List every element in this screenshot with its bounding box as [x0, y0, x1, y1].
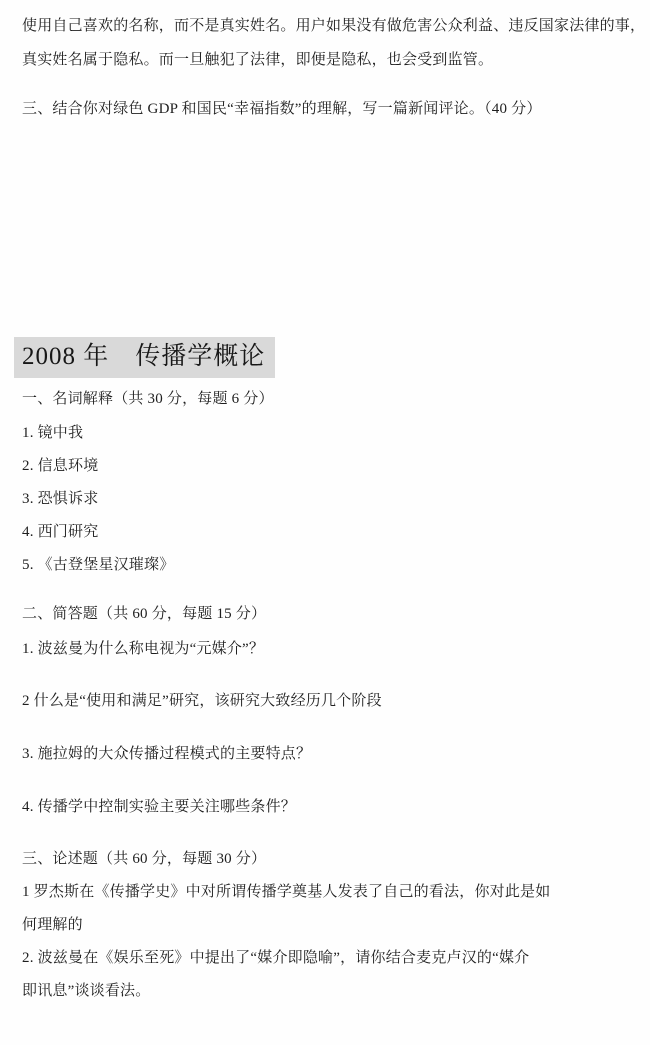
section2-items: 1. 波兹曼为什么称电视为“元媒介”？ 2 什么是“使用和满足”研究，该研究大致…: [22, 632, 636, 824]
question-item: 3. 施拉姆的大众传播过程模式的主要特点？: [22, 737, 636, 771]
exam-title: 2008 年 传播学概论: [14, 337, 275, 378]
question-item: 4. 西门研究: [22, 516, 636, 549]
question-line: 即讯息”谈谈看法。: [22, 975, 636, 1008]
document-content: 使用自己喜欢的名称，而不是真实姓名。用户如果没有做危害公众利益、违反国家法律的事…: [0, 0, 650, 1008]
question-item: 4. 传播学中控制实验主要关注哪些条件？: [22, 790, 636, 824]
section1-heading: 一、名词解释（共 30 分，每题 6 分）: [22, 382, 636, 416]
question-item: 1. 镜中我: [22, 417, 636, 450]
section3-items: 1 罗杰斯在《传播学史》中对所谓传播学奠基人发表了自己的看法，你对此是如 何理解…: [22, 876, 636, 1008]
question-line: 1 罗杰斯在《传播学史》中对所谓传播学奠基人发表了自己的看法，你对此是如: [22, 876, 636, 909]
paragraph-line: 真实姓名属于隐私。而一旦触犯了法律，即便是隐私，也会受到监管。: [22, 43, 636, 77]
question-item: 3. 恐惧诉求: [22, 483, 636, 516]
exam-title-row: 2008 年 传播学概论: [22, 337, 636, 378]
question-item: 5. 《古登堡星汉璀璨》: [22, 549, 636, 582]
prev-exam-essay-question: 三、结合你对绿色 GDP 和国民“幸福指数”的理解，写一篇新闻评论。（40 分）: [22, 92, 636, 126]
question-line: 2. 波兹曼在《娱乐至死》中提出了“媒介即隐喻”，请你结合麦克卢汉的“媒介: [22, 942, 636, 975]
question-item: 2. 波兹曼在《娱乐至死》中提出了“媒介即隐喻”，请你结合麦克卢汉的“媒介 即讯…: [22, 942, 636, 1008]
question-item: 1. 波兹曼为什么称电视为“元媒介”？: [22, 632, 636, 666]
section2-heading: 二、简答题（共 60 分，每题 15 分）: [22, 597, 636, 631]
exam-document-page: 使用自己喜欢的名称，而不是真实姓名。用户如果没有做危害公众利益、违反国家法律的事…: [0, 0, 650, 1045]
section3-heading: 三、论述题（共 60 分，每题 30 分）: [22, 842, 636, 876]
prev-exam-paragraph: 使用自己喜欢的名称，而不是真实姓名。用户如果没有做危害公众利益、违反国家法律的事…: [22, 9, 636, 77]
section1-items: 1. 镜中我 2. 信息环境 3. 恐惧诉求 4. 西门研究 5. 《古登堡星汉…: [22, 417, 636, 582]
question-item: 2. 信息环境: [22, 450, 636, 483]
question-line: 何理解的: [22, 909, 636, 942]
question-item: 2 什么是“使用和满足”研究，该研究大致经历几个阶段: [22, 684, 636, 718]
paragraph-line: 使用自己喜欢的名称，而不是真实姓名。用户如果没有做危害公众利益、违反国家法律的事…: [22, 9, 636, 43]
question-item: 1 罗杰斯在《传播学史》中对所谓传播学奠基人发表了自己的看法，你对此是如 何理解…: [22, 876, 636, 942]
